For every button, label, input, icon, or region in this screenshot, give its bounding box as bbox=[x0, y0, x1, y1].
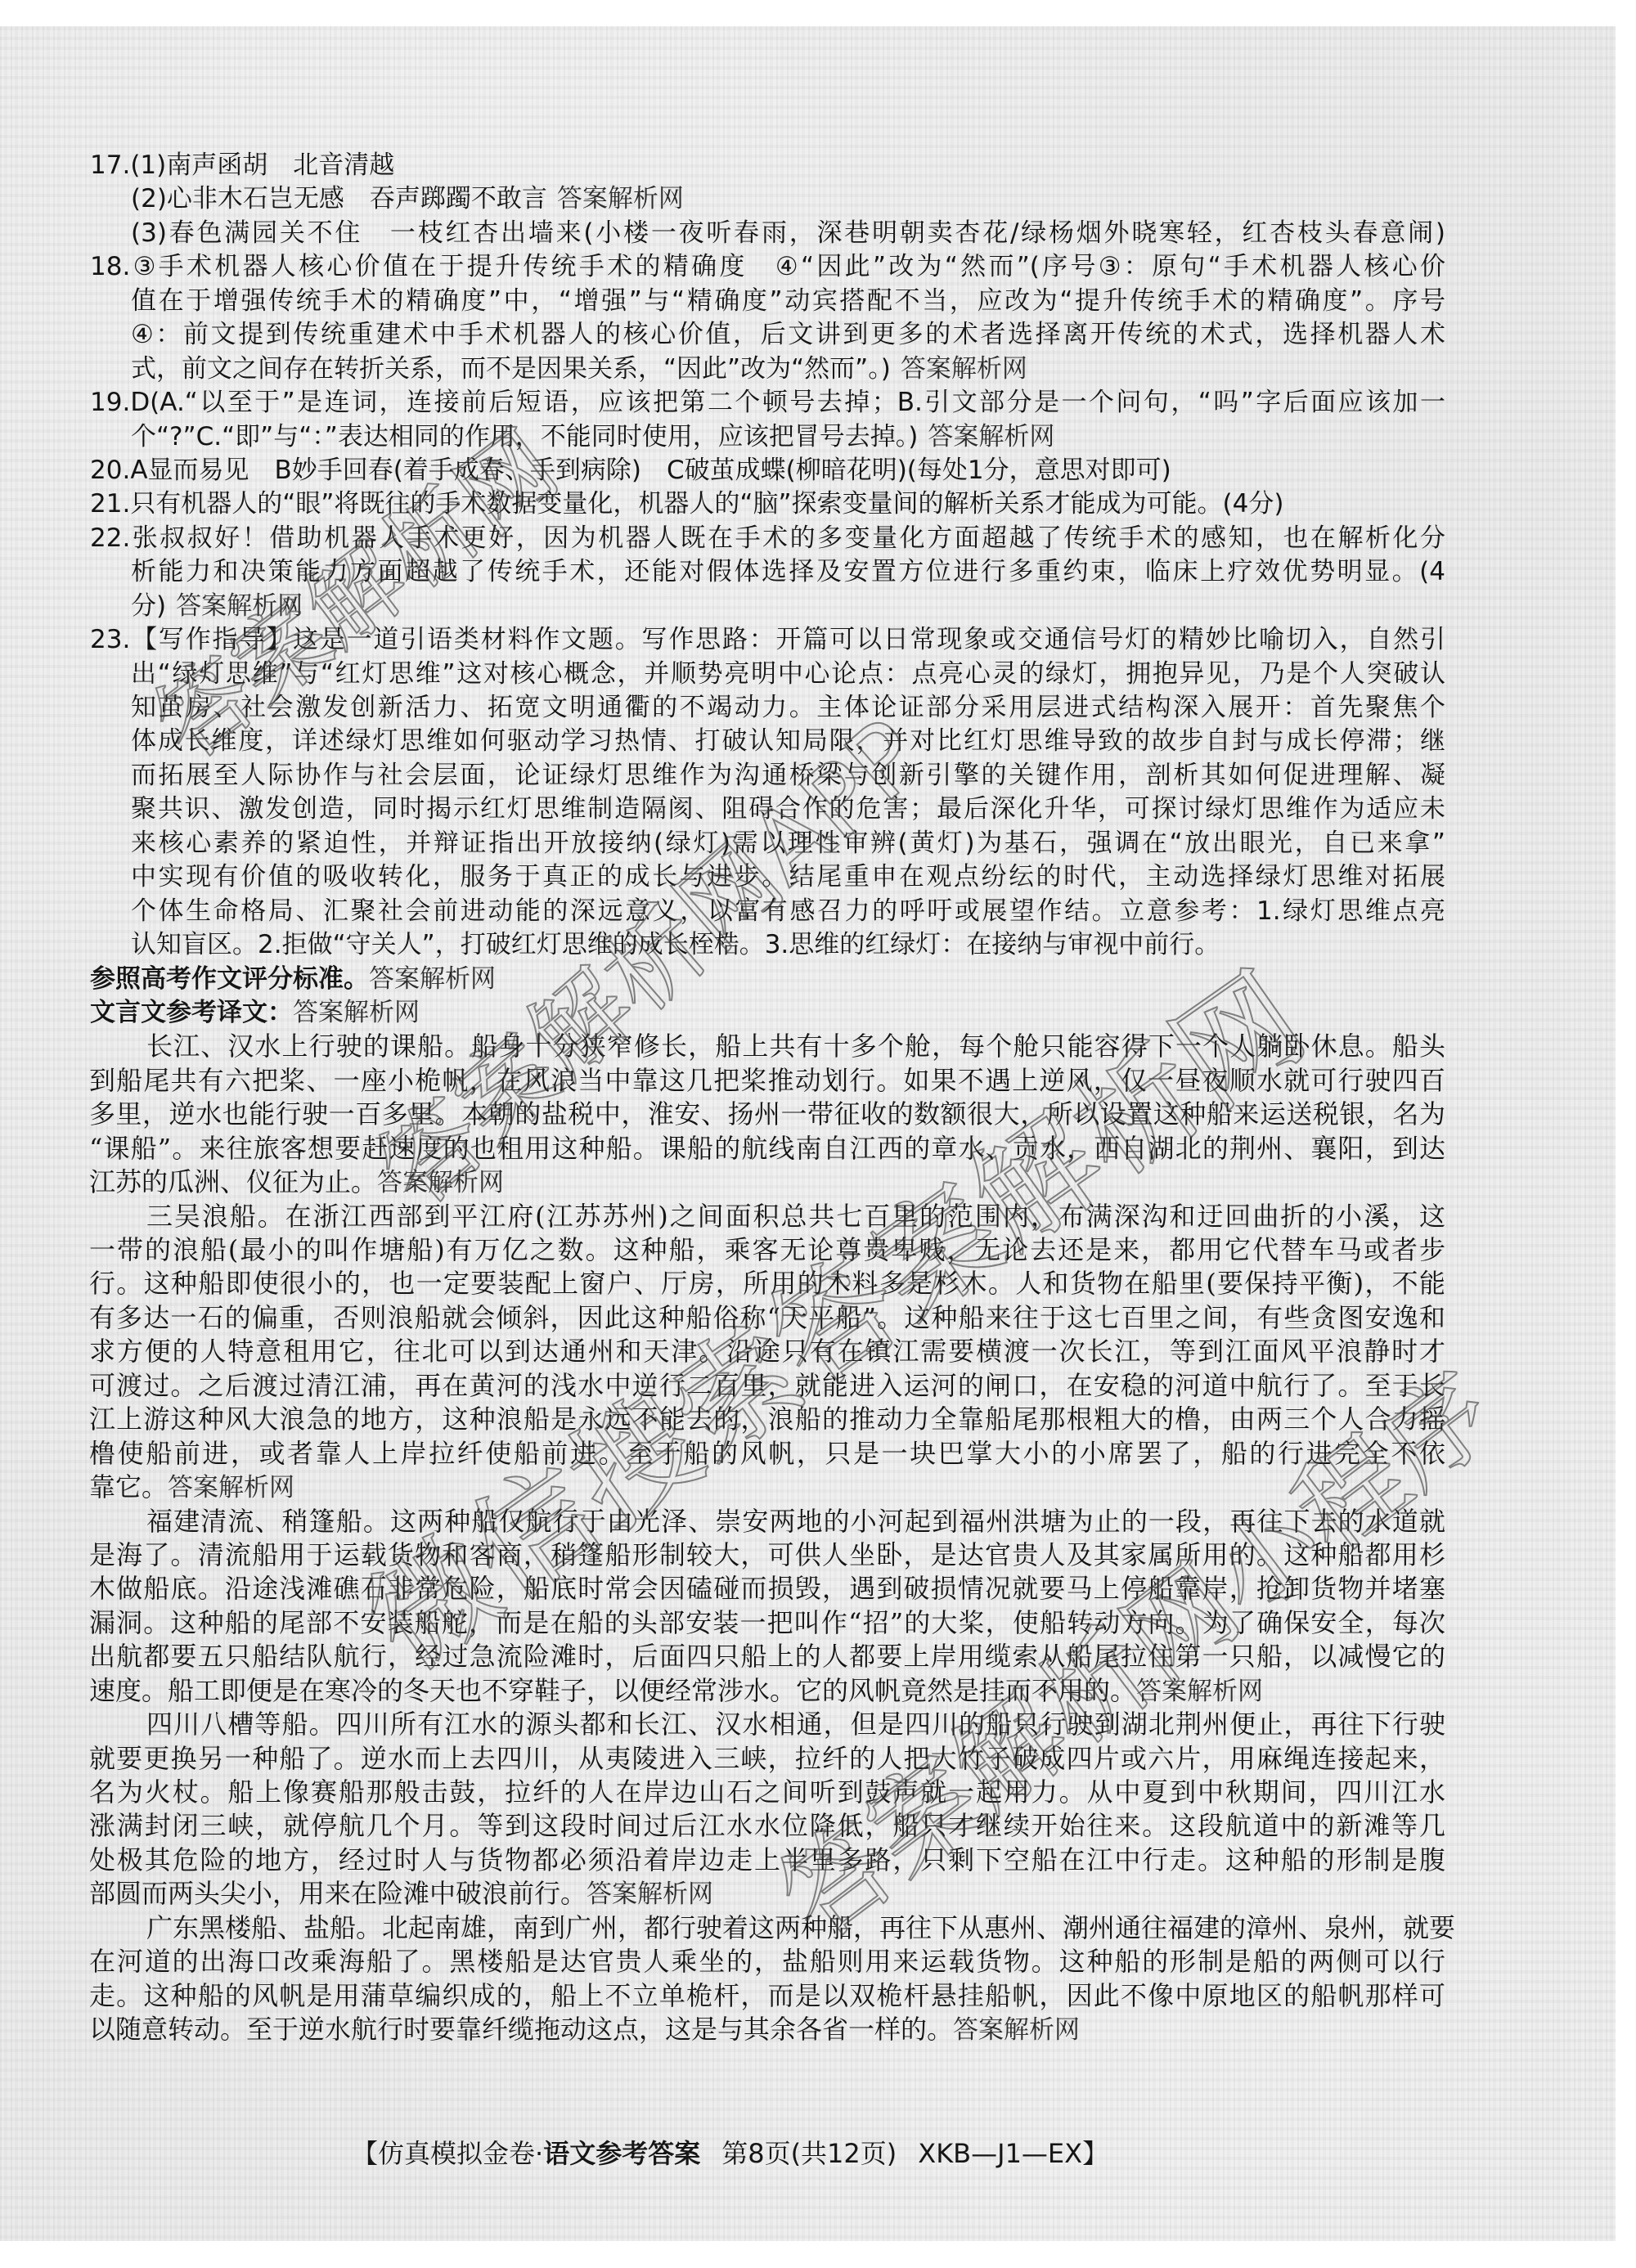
answer-23-line-6: 聚共识、激发创造，同时揭示红灯思维制造隔阂、阻碍合作的危害；最后深化升华，可探讨… bbox=[131, 793, 1445, 826]
answer-18-line-1: 18.③手术机器人核心价值在于提升传统手术的精确度 ④“因此”改为“然而”(序号… bbox=[90, 250, 1445, 284]
translation-text: 出航都要五只船结队航行，经过急流险滩时，后面四只船上的人都要上岸用缆索从船尾拉住… bbox=[89, 1641, 1445, 1672]
translation-p2-line-3: 行。这种船即使很小的，也一定要装配上窗户、厅房，所用的木料多是杉木。人和货物在船… bbox=[89, 1267, 1445, 1300]
answer-19-line-2: 个“?”C.“即”与“：”表达相同的作用，不能同时使用，应该把冒号去掉。)答案解… bbox=[131, 420, 1445, 454]
answer-23-line-1: 23.【写作指导】这是一道引语类材料作文题。写作思路：开篇可以日常现象或交通信号… bbox=[90, 623, 1445, 657]
translation-p2-line-1: 三吴浪船。在浙江西部到平江府(江苏苏州)之间面积总共七百里的范围内，布满深沟和迂… bbox=[146, 1200, 1445, 1233]
translation-text: 橹使船前进，或者靠人上岸拉纤使船前进。至于船的风帆，只是一块巴掌大小的小席罢了，… bbox=[89, 1438, 1445, 1469]
translation-text: 是海了。清流船用于运载货物和客商，稍篷船形制较大，可供人坐卧，是达官贵人及其家属… bbox=[89, 1539, 1445, 1570]
answer-17-line-2: (2)心非木石岂无感 吞声踯躅不敢言答案解析网 bbox=[131, 182, 1445, 216]
answer-23-line-10: 认知盲区。2.拒做“守关人”，打破红灯思维的成长桎梏。3.思维的红绿灯：在接纳与… bbox=[131, 928, 1445, 962]
translation-text: 靠它。 bbox=[89, 1471, 168, 1502]
translation-text: 处极其危险的地方，经过时人与货物都必须沿着岸边走上半里多路，只剩下空船在江中行走… bbox=[89, 1844, 1445, 1875]
footer-page-number: 第8页(共12页) bbox=[721, 2138, 897, 2169]
translation-p3-line-6: 速度。船工即便是在寒冷的冬天也不穿鞋子，以便经常涉水。它的风帆竟然是挂而不用的。… bbox=[89, 1674, 1445, 1708]
answer-text: ③手术机器人核心价值在于提升传统手术的精确度 ④“因此”改为“然而”(序号③：原… bbox=[130, 252, 1445, 281]
source-tag: 答案解析网 bbox=[168, 1473, 294, 1502]
source-tag: 答案解析网 bbox=[587, 1880, 713, 1909]
translation-text: 名为火杖。船上像赛船那般击鼓，拉纤的人在岸边山石之间听到鼓声就一起用力。从中夏到… bbox=[89, 1776, 1445, 1808]
answer-text: 而拓展至人际协作与社会层面，论证绿灯思维作为沟通桥梁与创新引擎的关键作用，剖析其… bbox=[131, 761, 1445, 790]
translation-p1-line-3: 多里，逆水也能行驶一百多里。本朝的盐税中，淮安、扬州一带征收的数额很大，所以设置… bbox=[89, 1098, 1445, 1131]
source-tag: 答案解析网 bbox=[293, 998, 420, 1027]
translation-p4-line-6: 部圆而两头尖小，用来在险滩中破浪前行。答案解析网 bbox=[89, 1877, 1445, 1911]
answer-text: 个“?”C.“即”与“：”表达相同的作用，不能同时使用，应该把冒号去掉。) bbox=[131, 422, 918, 451]
answer-17-line-3: (3)春色满园关不住 一枝红杏出墙来(小楼一夜听春雨，深巷明朝卖杏花/绿杨烟外晓… bbox=[131, 217, 1445, 250]
translation-p2-line-6: 可渡过。之后渡过清江浦，再在黄河的浅水中逆行二百里，就能进入运河的闸口，在安稳的… bbox=[89, 1369, 1445, 1403]
answer-19-line-1: 19.D(A.“以至于”是连词，连接前后短语，应该把第二个顿号去掉；B.引文部分… bbox=[90, 386, 1445, 420]
translation-p5-line-3: 走。这种船的风帆是用蒲草编织成的，船上不立单桅杆，而是以双桅杆悬挂船帆，因此不像… bbox=[89, 1979, 1445, 2013]
translation-p3-line-3: 木做船底。沿途浅滩礁石非常危险，船底时常会因磕碰而损毁，遇到破损情况就要马上停船… bbox=[89, 1572, 1445, 1606]
question-number: 20. bbox=[90, 456, 130, 485]
translation-text: 长江、汉水上行驶的课船。船身十分狭窄修长，船上共有十多个舱，每个舱只能容得下一个… bbox=[146, 1031, 1445, 1062]
translation-p3-line-5: 出航都要五只船结队航行，经过急流险滩时，后面四只船上的人都要上岸用缆索从船尾拉住… bbox=[89, 1640, 1445, 1673]
source-tag: 答案解析网 bbox=[377, 1168, 504, 1197]
translation-text: 行。这种船即使很小的，也一定要装配上窗户、厅房，所用的木料多是杉木。人和货物在船… bbox=[89, 1268, 1445, 1299]
translation-text: 三吴浪船。在浙江西部到平江府(江苏苏州)之间面积总共七百里的范围内，布满深沟和迂… bbox=[146, 1201, 1445, 1232]
answer-text: 聚共识、激发创造，同时揭示红灯思维制造隔阂、阻碍合作的危害；最后深化升华，可探讨… bbox=[131, 794, 1445, 824]
question-number: 22. bbox=[90, 523, 130, 553]
answer-text: 只有机器人的“眼”将既往的手术数据变量化，机器人的“脑”探索变量间的解析关系才能… bbox=[130, 489, 1283, 519]
answer-23-line-3: 知茧房、社会激发创新活力、拓宽文明通衢的不竭动力。主体论证部分采用层进式结构深入… bbox=[131, 691, 1445, 725]
translation-p4-line-3: 名为火杖。船上像赛船那般击鼓，拉纤的人在岸边山石之间听到鼓声就一起用力。从中夏到… bbox=[89, 1776, 1445, 1809]
source-tag: 答案解析网 bbox=[928, 422, 1054, 451]
answer-text: D(A.“以至于”是连词，连接前后短语，应该把第二个顿号去掉；B.引文部分是一个… bbox=[130, 388, 1445, 417]
translation-p1-line-5: 江苏的瓜洲、仪征为止。答案解析网 bbox=[89, 1165, 1445, 1199]
answer-text: 体成长维度，详述绿灯思维如何驱动学习热情、打破认知局限，并对比红灯思维导致的故步… bbox=[131, 726, 1445, 756]
answer-18-line-2: 值在于增强传统手术的精确度”中，“增强”与“精确度”动宾搭配不当，应改为“提升传… bbox=[131, 285, 1445, 318]
answer-23-line-8: 中实现有价值的吸收转化，服务于真正的成长与进步。结尾重申在观点纷纭的时代，主动选… bbox=[131, 860, 1445, 894]
answer-23-line-7: 来核心素养的紧迫性，并辩证指出开放接纳(绿灯)需以理性审辨(黄灯)为基石，强调在… bbox=[131, 827, 1445, 860]
translation-text: 广东黑楼船、盐船。北起南雄，南到广州，都行驶着这两种船，再往下从惠州、潮州通往福… bbox=[146, 1912, 1455, 1943]
translation-text: 江上游这种风大浪急的地方，这种浪船是永远不能去的，浪船的推动力全靠船尾那根粗大的… bbox=[89, 1403, 1445, 1435]
translation-text: 部圆而两头尖小，用来在险滩中破浪前行。 bbox=[89, 1878, 587, 1909]
translation-text: 到船尾共有六把桨、一座小桅帆，在风浪当中靠这几把桨推动划行。如果不遇上逆风，仅一… bbox=[89, 1065, 1445, 1096]
source-tag: 答案解析网 bbox=[557, 184, 684, 213]
answer-text: 【写作指导】这是一道引语类材料作文题。写作思路：开篇可以日常现象或交通信号灯的精… bbox=[130, 625, 1445, 654]
question-number: 23. bbox=[90, 625, 130, 654]
answer-text: 张叔叔好！借助机器人手术更好，因为机器人既在手术的多变量化方面超越了传统手术的感… bbox=[130, 523, 1445, 553]
translation-p4-line-1: 四川八槽等船。四川所有江水的源头都和长江、汉水相通，但是四川的船只行驶到湖北荆州… bbox=[146, 1708, 1445, 1741]
translation-text: 走。这种船的风帆是用蒲草编织成的，船上不立单桅杆，而是以双桅杆悬挂船帆，因此不像… bbox=[89, 1980, 1445, 2011]
translation-text: 江苏的瓜洲、仪征为止。 bbox=[89, 1166, 377, 1197]
answer-text: A显而易见 B妙手回春(着手成春、手到病除) C破茧成蝶(柳暗花明)(每处1分，… bbox=[130, 456, 1171, 485]
source-tag: 答案解析网 bbox=[369, 964, 496, 994]
answer-23-line-2: 出“绿灯思维”与“红灯思维”这对核心概念，并顺势亮明中心论点：点亮心灵的绿灯，拥… bbox=[131, 658, 1445, 691]
answer-text: 值在于增强传统手术的精确度”中，“增强”与“精确度”动宾搭配不当，应改为“提升传… bbox=[131, 286, 1445, 316]
translation-text: 漏洞。这种船的尾部不安装船舵，而是在船的头部安装一把叫作“招”的大桨，使船转动方… bbox=[89, 1607, 1445, 1638]
page-footer: 【仿真模拟金卷·语文参考答案第8页(共12页)XKB—J1—EX】 bbox=[352, 2136, 1108, 2171]
translation-heading: 文言文参考译文：答案解析网 bbox=[90, 996, 1445, 1030]
question-number: 21. bbox=[90, 489, 130, 519]
answer-17-line-1: 17.(1)南声函胡 北音清越 bbox=[90, 149, 1445, 182]
translation-p3-line-4: 漏洞。这种船的尾部不安装船舵，而是在船的头部安装一把叫作“招”的大桨，使船转动方… bbox=[89, 1606, 1445, 1640]
translation-p3-line-2: 是海了。清流船用于运载货物和客商，稍篷船形制较大，可供人坐卧，是达官贵人及其家属… bbox=[89, 1538, 1445, 1572]
answer-text: 知茧房、社会激发创新活力、拓宽文明通衢的不竭动力。主体论证部分采用层进式结构深入… bbox=[131, 693, 1445, 722]
answer-23-line-4: 体成长维度，详述绿灯思维如何驱动学习热情、打破认知局限，并对比红灯思维导致的故步… bbox=[131, 725, 1445, 758]
translation-p5-line-1: 广东黑楼船、盐船。北起南雄，南到广州，都行驶着这两种船，再往下从惠州、潮州通往福… bbox=[146, 1911, 1445, 1945]
translation-text: 在河道的出海口改乘海船了。黑楼船是达官贵人乘坐的，盐船则用来运载货物。这种船的形… bbox=[89, 1946, 1445, 1977]
answer-key-content: 17.(1)南声函胡 北音清越 (2)心非木石岂无感 吞声踯躅不敢言答案解析网 … bbox=[0, 149, 1636, 2047]
translation-text: 以随意转动。至于逆水航行时要靠纤缆拖动这点，这是与其余各省一样的。 bbox=[89, 2014, 953, 2045]
translation-text: “课船”。来往旅客想要赶速度的也租用这种船。课船的航线南自江西的章水、贡水，西自… bbox=[89, 1133, 1445, 1164]
essay-scoring-note: 参照高考作文评分标准。答案解析网 bbox=[90, 963, 1445, 996]
answer-text: (2)心非木石岂无感 吞声踯躅不敢言 bbox=[131, 184, 547, 213]
translation-text: 四川八槽等船。四川所有江水的源头都和长江、汉水相通，但是四川的船只行驶到湖北荆州… bbox=[146, 1709, 1445, 1740]
answer-20-line-1: 20.A显而易见 B妙手回春(着手成春、手到病除) C破茧成蝶(柳暗花明)(每处… bbox=[90, 454, 1445, 487]
answer-22-line-3: 分)答案解析网 bbox=[131, 590, 1445, 623]
translation-p2-line-9: 靠它。答案解析网 bbox=[89, 1471, 1445, 1504]
translation-p1-line-2: 到船尾共有六把桨、一座小桅帆，在风浪当中靠这几把桨推动划行。如果不遇上逆风，仅一… bbox=[89, 1064, 1445, 1098]
answer-text: (1)南声函胡 北音清越 bbox=[130, 150, 394, 180]
translation-p4-line-5: 处极其危险的地方，经过时人与货物都必须沿着岸边走上半里多路，只剩下空船在江中行走… bbox=[89, 1844, 1445, 1877]
translation-p2-line-8: 橹使船前进，或者靠人上岸拉纤使船前进。至于船的风帆，只是一块巴掌大小的小席罢了，… bbox=[89, 1437, 1445, 1471]
answer-23-line-5: 而拓展至人际协作与社会层面，论证绿灯思维作为沟通桥梁与创新引擎的关键作用，剖析其… bbox=[131, 759, 1445, 793]
translation-p5-line-4: 以随意转动。至于逆水航行时要靠纤缆拖动这点，这是与其余各省一样的。答案解析网 bbox=[89, 2013, 1445, 2046]
source-tag: 答案解析网 bbox=[901, 354, 1027, 384]
answer-21-line-1: 21.只有机器人的“眼”将既往的手术数据变量化，机器人的“脑”探索变量间的解析关… bbox=[90, 487, 1445, 521]
translation-p5-line-2: 在河道的出海口改乘海船了。黑楼船是达官贵人乘坐的，盐船则用来运载货物。这种船的形… bbox=[89, 1945, 1445, 1978]
answer-23-line-9: 个体生命格局、汇聚社会前进动能的深远意义，以富有感召力的呼吁或展望作结。立意参考… bbox=[131, 895, 1445, 928]
translation-text: 求方便的人特意租用它，往北可以到达通州和天津。沿途只有在镇江需要横渡一次长江，等… bbox=[89, 1336, 1445, 1367]
translation-text: 有多达一石的偏重，否则浪船就会倾斜，因此这种船俗称“天平船”。这种船来往于这七百… bbox=[89, 1302, 1445, 1333]
footer-series: 【仿真模拟金卷· bbox=[352, 2138, 543, 2169]
source-tag: 答案解析网 bbox=[176, 591, 303, 621]
answer-text: 分) bbox=[131, 591, 166, 621]
answer-text: 来核心素养的紧迫性，并辩证指出开放接纳(绿灯)需以理性审辨(黄灯)为基石，强调在… bbox=[131, 829, 1445, 858]
answer-text: 中实现有价值的吸收转化，服务于真正的成长与进步。结尾重申在观点纷纭的时代，主动选… bbox=[131, 862, 1445, 891]
answer-text: (3)春色满园关不住 一枝红杏出墙来(小楼一夜听春雨，深巷明朝卖杏花/绿杨烟外晓… bbox=[131, 218, 1445, 248]
answer-text: ④：前文提到传统重建术中手术机器人的核心价值，后文讲到更多的术者选择离开传统的术… bbox=[131, 320, 1445, 349]
translation-p2-line-2: 一带的浪船(最小的叫作塘船)有万亿之数。这种船，乘客无论尊贵卑贱，无论去还是来，… bbox=[89, 1233, 1445, 1267]
translation-p2-line-4: 有多达一石的偏重，否则浪船就会倾斜，因此这种船俗称“天平船”。这种船来往于这七百… bbox=[89, 1301, 1445, 1335]
translation-text: 一带的浪船(最小的叫作塘船)有万亿之数。这种船，乘客无论尊贵卑贱，无论去还是来，… bbox=[89, 1234, 1445, 1265]
translation-text: 福建清流、稍篷船。这两种船仅航行于由光泽、崇安两地的小河起到福州洪塘为止的一段，… bbox=[146, 1506, 1445, 1537]
translation-p1-line-1: 长江、汉水上行驶的课船。船身十分狭窄修长，船上共有十多个舱，每个舱只能容得下一个… bbox=[146, 1030, 1445, 1063]
answer-22-line-1: 22.张叔叔好！借助机器人手术更好，因为机器人既在手术的多变量化方面超越了传统手… bbox=[90, 522, 1445, 555]
translation-p4-line-4: 涨满封闭三峡，就停航几个月。等到这段时间过后江水水位降低，船只才继续开始往来。这… bbox=[89, 1809, 1445, 1843]
source-tag: 答案解析网 bbox=[1136, 1677, 1263, 1706]
translation-text: 多里，逆水也能行驶一百多里。本朝的盐税中，淮安、扬州一带征收的数额很大，所以设置… bbox=[89, 1098, 1445, 1130]
answer-18-line-3: ④：前文提到传统重建术中手术机器人的核心价值，后文讲到更多的术者选择离开传统的术… bbox=[131, 318, 1445, 352]
translation-text: 涨满封闭三峡，就停航几个月。等到这段时间过后江水水位降低，船只才继续开始往来。这… bbox=[89, 1810, 1445, 1841]
section-heading: 参照高考作文评分标准。 bbox=[90, 964, 369, 994]
translation-p1-line-4: “课船”。来往旅客想要赶速度的也租用这种船。课船的航线南自江西的章水、贡水，西自… bbox=[89, 1132, 1445, 1165]
translation-text: 可渡过。之后渡过清江浦，再在黄河的浅水中逆行二百里，就能进入运河的闸口，在安稳的… bbox=[89, 1370, 1445, 1401]
source-tag: 答案解析网 bbox=[953, 2015, 1080, 2045]
question-number: 17. bbox=[90, 150, 130, 180]
translation-p4-line-2: 就要更换另一种船了。逆水而上去四川，从夷陵进入三峡，拉纤的人把大竹子破成四片或六… bbox=[89, 1742, 1445, 1776]
translation-p3-line-1: 福建清流、稍篷船。这两种船仅航行于由光泽、崇安两地的小河起到福州洪塘为止的一段，… bbox=[146, 1505, 1445, 1538]
answer-18-line-4: 式，前文之间存在转折关系，而不是因果关系，“因此”改为“然而”。)答案解析网 bbox=[131, 353, 1445, 386]
translation-p2-line-5: 求方便的人特意租用它，往北可以到达通州和天津。沿途只有在镇江需要横渡一次长江，等… bbox=[89, 1335, 1445, 1368]
answer-text: 个体生命格局、汇聚社会前进动能的深远意义，以富有感召力的呼吁或展望作结。立意参考… bbox=[131, 896, 1445, 926]
question-number: 19. bbox=[90, 388, 130, 417]
translation-text: 木做船底。沿途浅滩礁石非常危险，船底时常会因磕碰而损毁，遇到破损情况就要马上停船… bbox=[89, 1573, 1445, 1604]
answer-22-line-2: 析能力和决策能力方面超越了传统手术，还能对假体选择及安置方位进行多重约束，临床上… bbox=[131, 555, 1445, 589]
footer-code: XKB—J1—EX】 bbox=[918, 2138, 1108, 2169]
answer-text: 出“绿灯思维”与“红灯思维”这对核心概念，并顺势亮明中心论点：点亮心灵的绿灯，拥… bbox=[131, 659, 1445, 689]
answer-text: 析能力和决策能力方面超越了传统手术，还能对假体选择及安置方位进行多重约束，临床上… bbox=[131, 557, 1445, 586]
translation-p2-line-7: 江上游这种风大浪急的地方，这种浪船是永远不能去的，浪船的推动力全靠船尾那根粗大的… bbox=[89, 1403, 1445, 1436]
section-heading: 文言文参考译文： bbox=[90, 998, 293, 1027]
question-number: 18. bbox=[90, 252, 130, 281]
footer-subject: 语文参考答案 bbox=[543, 2138, 700, 2169]
translation-text: 速度。船工即便是在寒冷的冬天也不穿鞋子，以便经常涉水。它的风帆竟然是挂而不用的。 bbox=[89, 1675, 1136, 1706]
translation-text: 就要更换另一种船了。逆水而上去四川，从夷陵进入三峡，拉纤的人把大竹子破成四片或六… bbox=[89, 1743, 1445, 1774]
answer-text: 认知盲区。2.拒做“守关人”，打破红灯思维的成长桎梏。3.思维的红绿灯：在接纳与… bbox=[131, 930, 1220, 959]
answer-text: 式，前文之间存在转折关系，而不是因果关系，“因此”改为“然而”。) bbox=[131, 354, 891, 384]
